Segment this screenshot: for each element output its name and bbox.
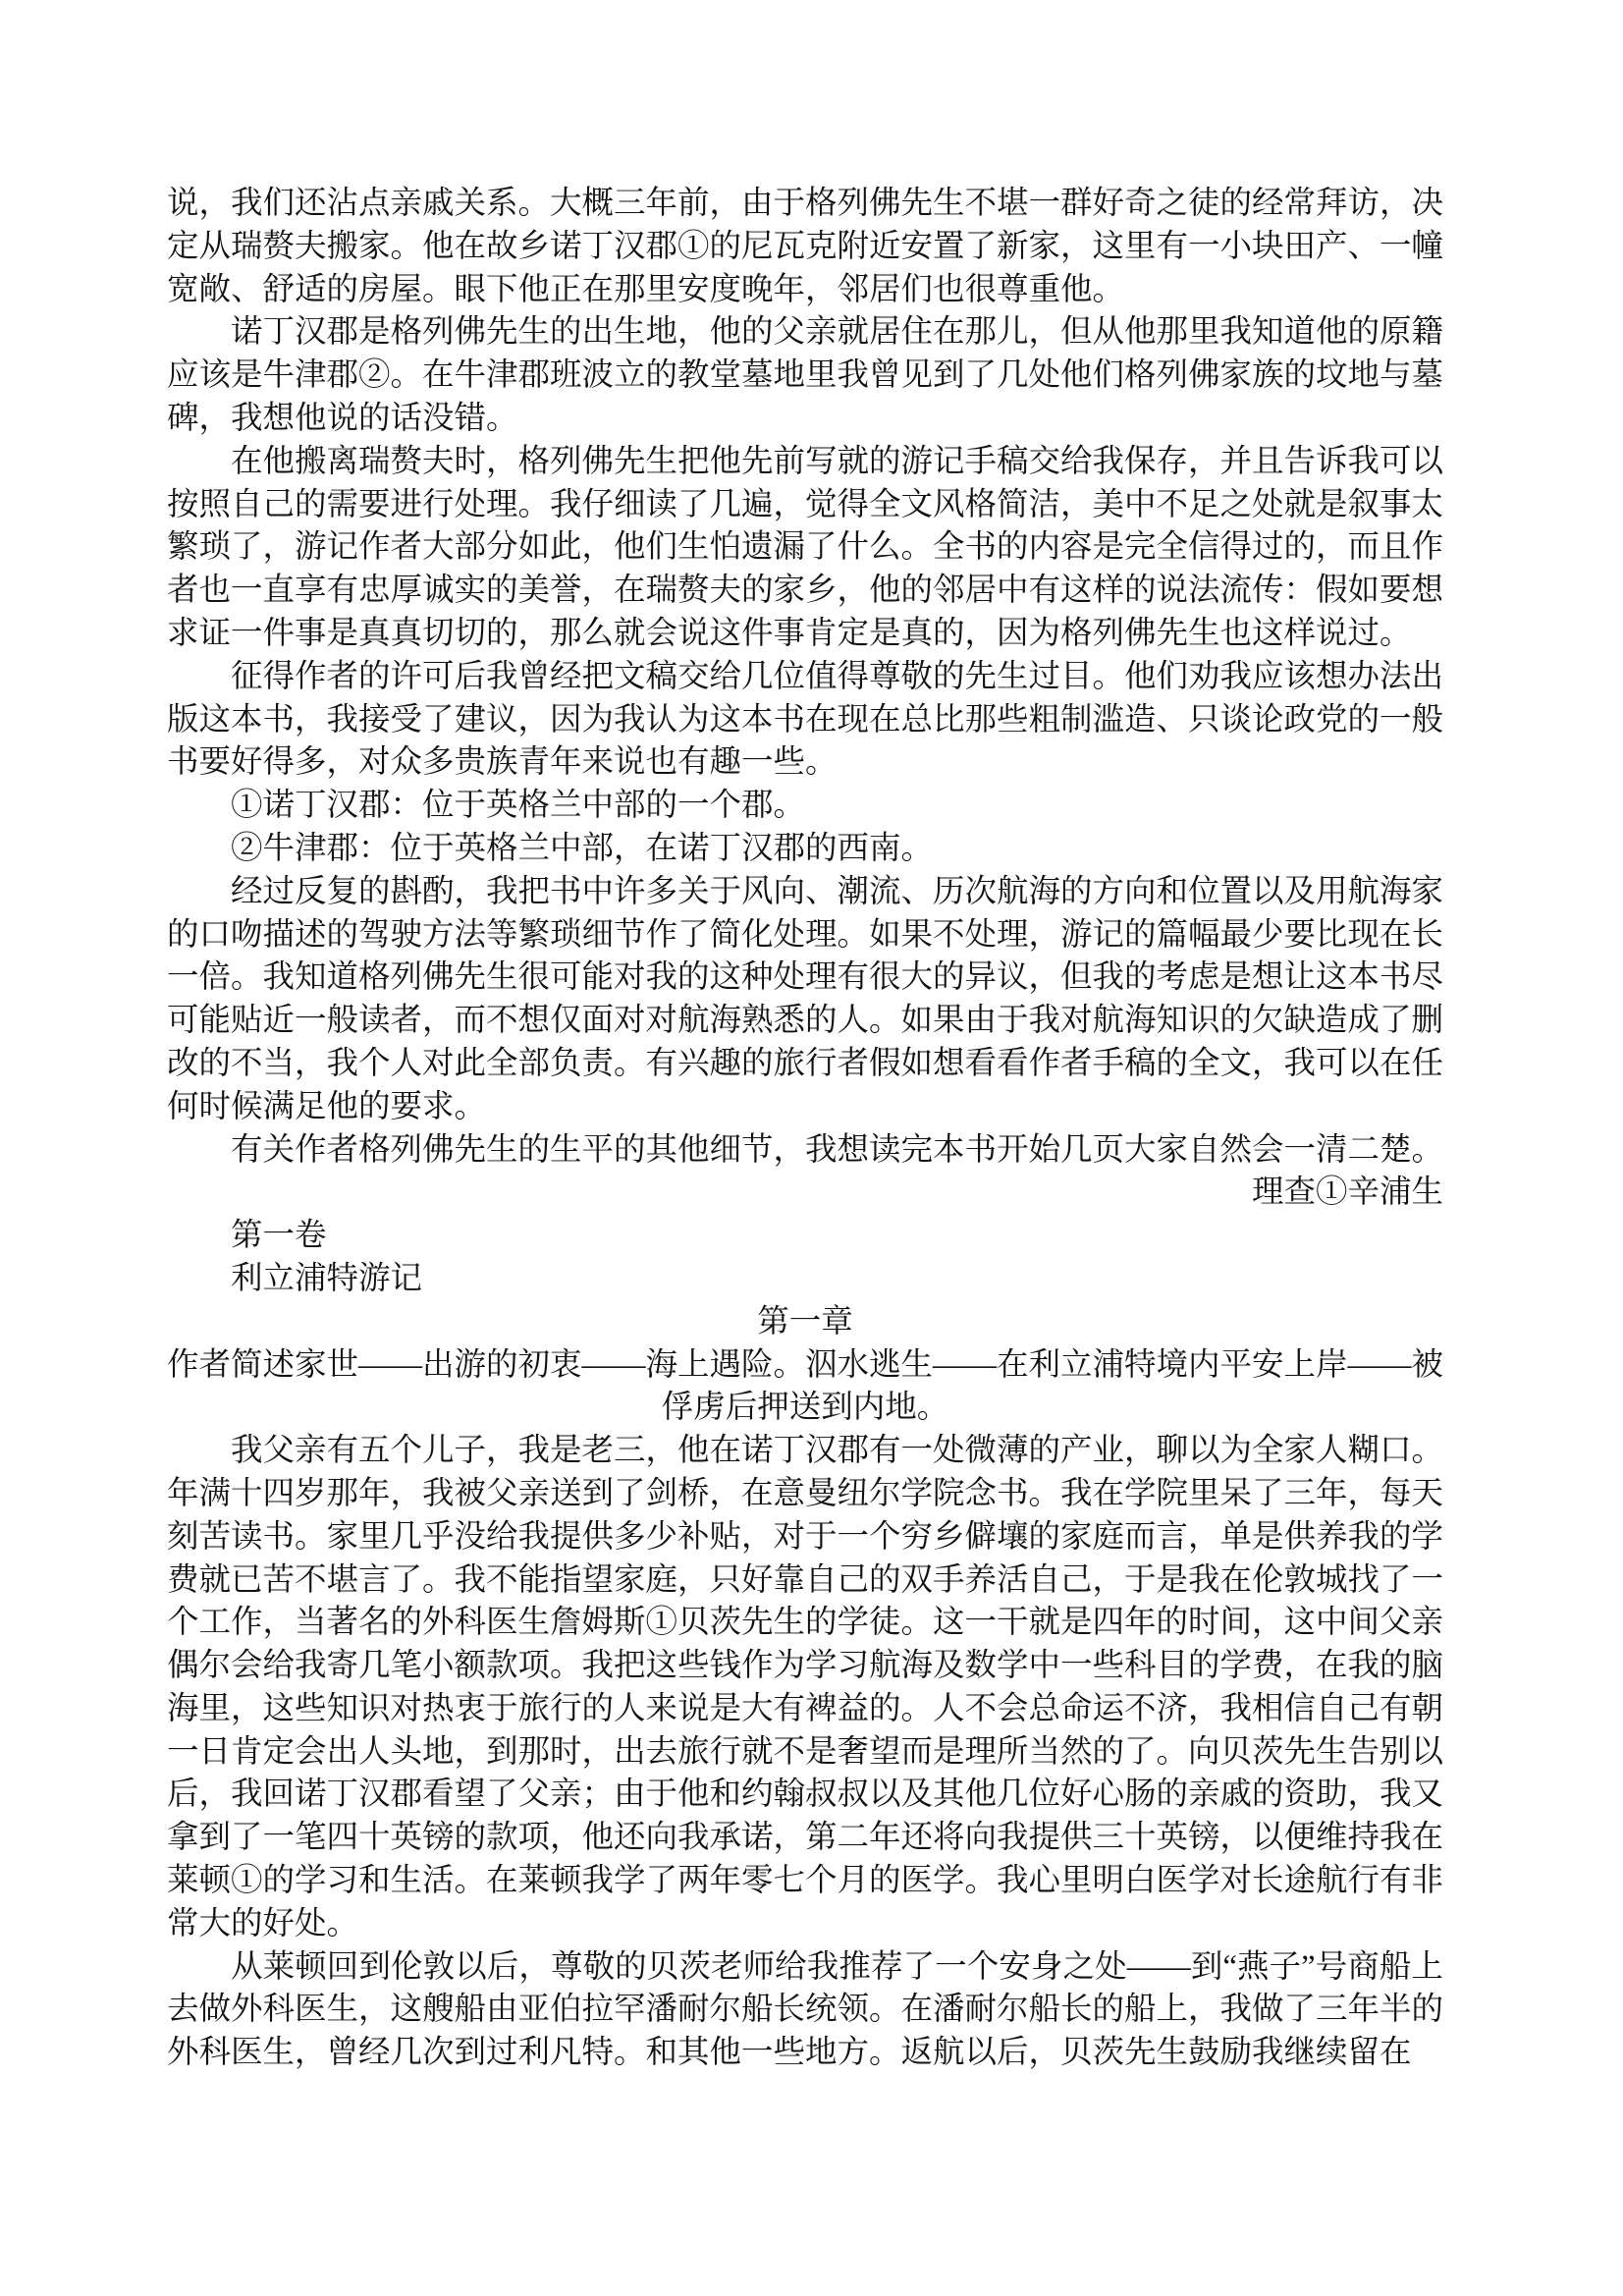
text-content: 说，我们还沾点亲戚关系。大概三年前，由于格列佛先生不堪一群好奇之徒的经常拜访，决… (167, 183, 1443, 2075)
chapter-heading: 第一章 (167, 1301, 1443, 1344)
volume-title: 第一卷 (167, 1215, 1443, 1258)
paragraph-manuscript: 在他搬离瑞赘夫时，格列佛先生把他先前写就的游记手稿交给我保存，并且告诉我可以按照… (167, 441, 1443, 656)
paragraph-author-details: 有关作者格列佛先生的生平的其他细节，我想读完本书开始几页大家自然会一清二楚。 (167, 1129, 1443, 1173)
paragraph-family: 我父亲有五个儿子，我是老三，他在诺丁汉郡有一处微薄的产业，聊以为全家人糊口。年满… (167, 1430, 1443, 1946)
footnote-nottinghamshire: ①诺丁汉郡：位于英格兰中部的一个郡。 (167, 785, 1443, 828)
paragraph-continuation: 说，我们还沾点亲戚关系。大概三年前，由于格列佛先生不堪一群好奇之徒的经常拜访，决… (167, 183, 1443, 311)
book-title: 利立浦特游记 (167, 1258, 1443, 1301)
footnote-oxfordshire: ②牛津郡：位于英格兰中部，在诺丁汉郡的西南。 (167, 828, 1443, 871)
signature-line: 理查①辛浦生 (167, 1172, 1443, 1215)
chapter-summary: 作者简述家世——出游的初衷——海上遇险。泅水逃生——在利立浦特境内平安上岸——被… (167, 1344, 1443, 1431)
paragraph-publication: 征得作者的许可后我曾经把文稿交给几位值得尊敬的先生过目。他们劝我应该想办法出版这… (167, 656, 1443, 785)
paragraph-birthplace: 诺丁汉郡是格列佛先生的出生地，他的父亲就居住在那儿，但从他那里我知道他的原籍应该… (167, 311, 1443, 440)
paragraph-swallow-ship: 从莱顿回到伦敦以后，尊敬的贝茨老师给我推荐了一个安身之处——到“燕子”号商船上去… (167, 1946, 1443, 2075)
paragraph-editing: 经过反复的斟酌，我把书中许多关于风向、潮流、历次航海的方向和位置以及用航海家的口… (167, 871, 1443, 1129)
document-page: 说，我们还沾点亲戚关系。大概三年前，由于格列佛先生不堪一群好奇之徒的经常拜访，决… (0, 0, 1623, 2296)
